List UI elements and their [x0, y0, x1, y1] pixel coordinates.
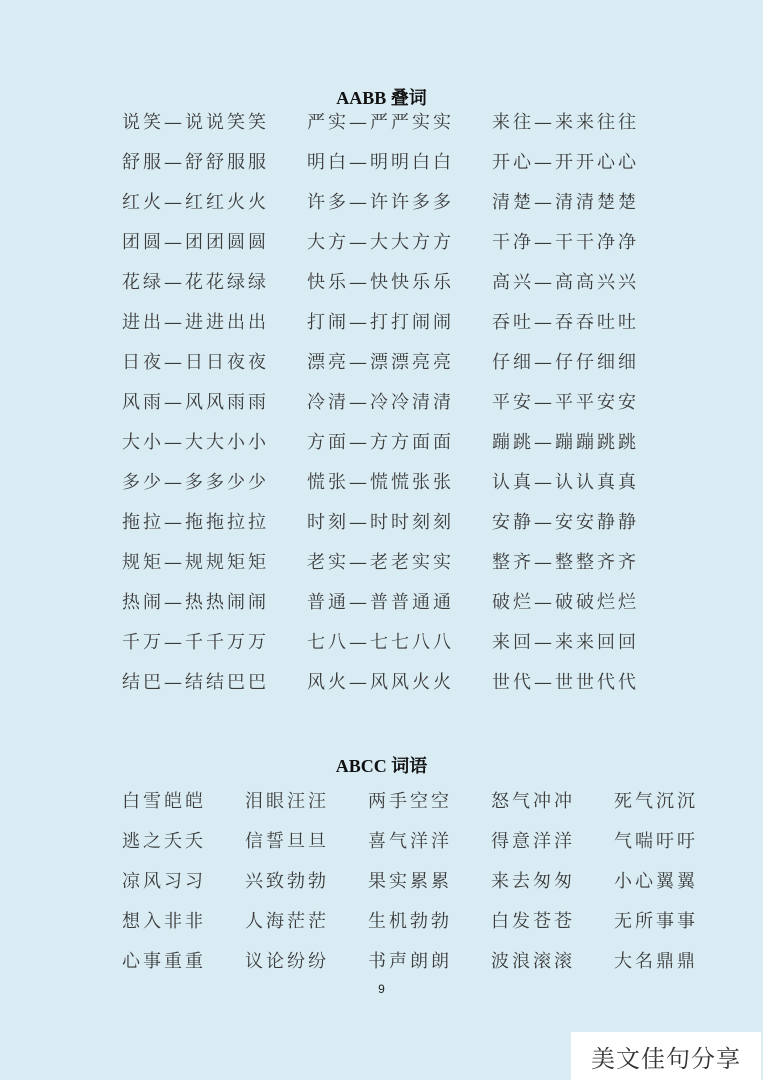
- word-item: 白雪皑皑: [122, 787, 206, 817]
- word-item: 议论纷纷: [245, 947, 329, 977]
- word-pair: 风火—风风火火: [307, 668, 454, 698]
- word-pair: 明白—明明白白: [307, 148, 454, 178]
- word-item: 心事重重: [122, 947, 206, 977]
- word-pair: 进出—进进出出: [122, 308, 269, 338]
- word-item: 波浪滚滚: [491, 947, 575, 977]
- abcc-section-title: ABCC 词语: [0, 752, 763, 778]
- watermark-text: 美文佳句分享: [591, 1039, 741, 1074]
- word-pair: 来往—来来往往: [492, 108, 639, 138]
- word-item: 生机勃勃: [368, 907, 452, 937]
- word-pair: 破烂—破破烂烂: [492, 588, 639, 618]
- word-item: 想入非非: [122, 907, 206, 937]
- word-pair: 清楚—清清楚楚: [492, 188, 639, 218]
- word-pair: 老实—老老实实: [307, 548, 454, 578]
- word-item: 书声朗朗: [368, 947, 452, 977]
- aabb-section-title: AABB 叠词: [0, 84, 763, 110]
- word-pair: 规矩—规规矩矩: [122, 548, 269, 578]
- word-item: 信誓旦旦: [245, 827, 329, 857]
- word-pair: 世代—世世代代: [492, 668, 639, 698]
- word-pair: 时刻—时时刻刻: [307, 508, 454, 538]
- word-pair: 普通—普普通通: [307, 588, 454, 618]
- word-item: 无所事事: [614, 907, 698, 937]
- word-pair: 许多—许许多多: [307, 188, 454, 218]
- word-pair: 热闹—热热闹闹: [122, 588, 269, 618]
- word-pair: 仔细—仔仔细细: [492, 348, 639, 378]
- word-pair: 蹦跳—蹦蹦跳跳: [492, 428, 639, 458]
- word-item: 死气沉沉: [614, 787, 698, 817]
- word-pair: 千万—千千万万: [122, 628, 269, 658]
- word-pair: 干净—干干净净: [492, 228, 639, 258]
- word-item: 大名鼎鼎: [614, 947, 698, 977]
- word-pair: 慌张—慌慌张张: [307, 468, 454, 498]
- word-item: 喜气洋洋: [368, 827, 452, 857]
- word-item: 得意洋洋: [491, 827, 575, 857]
- word-pair: 高兴—高高兴兴: [492, 268, 639, 298]
- word-pair: 花绿—花花绿绿: [122, 268, 269, 298]
- word-pair: 拖拉—拖拖拉拉: [122, 508, 269, 538]
- word-item: 小心翼翼: [614, 867, 698, 897]
- word-pair: 开心—开开心心: [492, 148, 639, 178]
- word-pair: 方面—方方面面: [307, 428, 454, 458]
- word-pair: 大小—大大小小: [122, 428, 269, 458]
- word-pair: 团圆—团团圆圆: [122, 228, 269, 258]
- word-pair: 冷清—冷冷清清: [307, 388, 454, 418]
- word-pair: 说笑—说说笑笑: [122, 108, 269, 138]
- word-pair: 风雨—风风雨雨: [122, 388, 269, 418]
- word-pair: 大方—大大方方: [307, 228, 454, 258]
- word-item: 两手空空: [368, 787, 452, 817]
- word-pair: 舒服—舒舒服服: [122, 148, 269, 178]
- word-pair: 严实—严严实实: [307, 108, 454, 138]
- word-pair: 漂亮—漂漂亮亮: [307, 348, 454, 378]
- word-item: 凉风习习: [122, 867, 206, 897]
- word-pair: 打闹—打打闹闹: [307, 308, 454, 338]
- watermark-banner: 美文佳句分享: [571, 1032, 761, 1080]
- word-pair: 来回—来来回回: [492, 628, 639, 658]
- word-pair: 安静—安安静静: [492, 508, 639, 538]
- word-item: 人海茫茫: [245, 907, 329, 937]
- word-item: 逃之夭夭: [122, 827, 206, 857]
- word-item: 怒气冲冲: [491, 787, 575, 817]
- word-pair: 吞吐—吞吞吐吐: [492, 308, 639, 338]
- page-number: 9: [0, 982, 763, 996]
- word-item: 兴致勃勃: [245, 867, 329, 897]
- word-pair: 红火—红红火火: [122, 188, 269, 218]
- word-pair: 整齐—整整齐齐: [492, 548, 639, 578]
- word-pair: 七八—七七八八: [307, 628, 454, 658]
- word-item: 气喘吁吁: [614, 827, 698, 857]
- word-item: 泪眼汪汪: [245, 787, 329, 817]
- word-pair: 日夜—日日夜夜: [122, 348, 269, 378]
- word-item: 白发苍苍: [491, 907, 575, 937]
- word-item: 果实累累: [368, 867, 452, 897]
- word-pair: 结巴—结结巴巴: [122, 668, 269, 698]
- word-item: 来去匆匆: [491, 867, 575, 897]
- word-pair: 平安—平平安安: [492, 388, 639, 418]
- word-pair: 认真—认认真真: [492, 468, 639, 498]
- word-pair: 快乐—快快乐乐: [307, 268, 454, 298]
- word-pair: 多少—多多少少: [122, 468, 269, 498]
